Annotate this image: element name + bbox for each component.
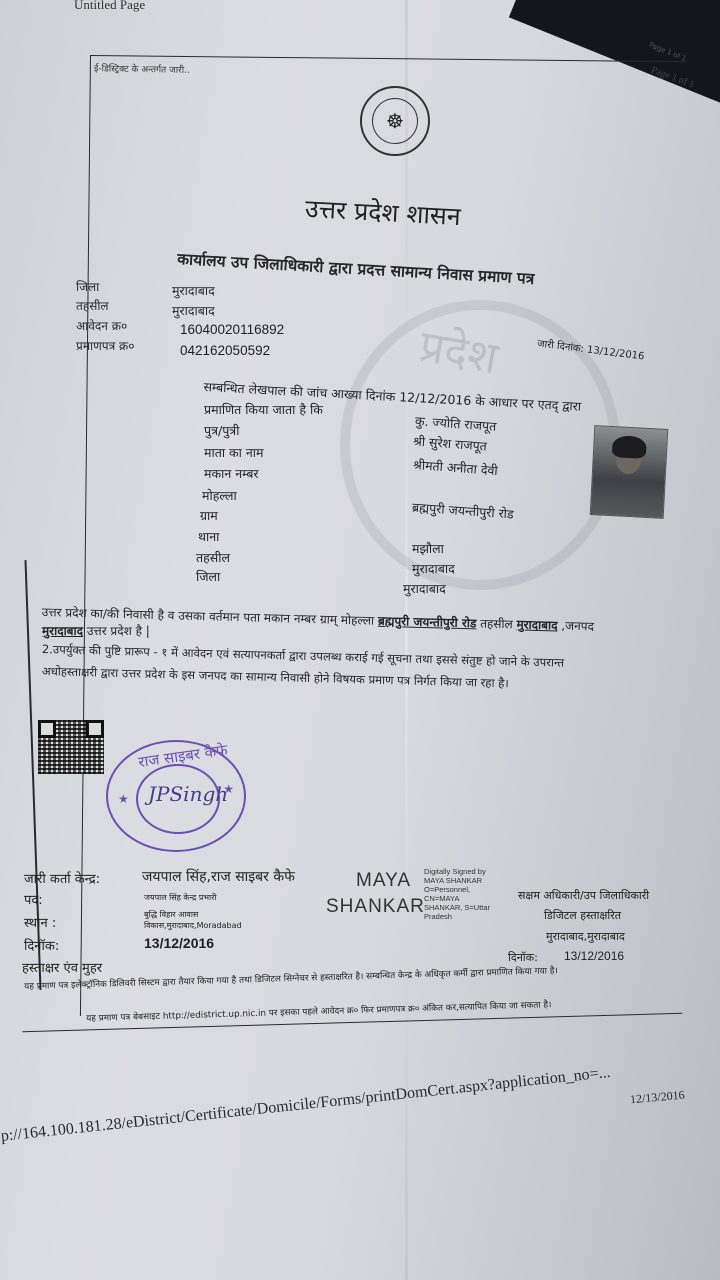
detail-value: मुरादाबाद bbox=[403, 580, 446, 597]
summary-label: आवेदन क्र० bbox=[76, 317, 127, 334]
authority-title: सक्षम अधिकारी/उप जिलाधिकारी bbox=[518, 888, 649, 903]
body-text: तहसील bbox=[476, 616, 517, 631]
sign-label: हस्ताक्षर एंव मुहर bbox=[22, 958, 102, 976]
star-icon: ★ bbox=[118, 792, 129, 806]
summary-label: प्रमाणपत्र क्र० bbox=[76, 337, 135, 354]
authority-place: मुरादाबाद,मुरादाबाद bbox=[546, 929, 625, 944]
print-date: 12/13/2016 bbox=[629, 1088, 685, 1108]
district: मुरादाबाद bbox=[42, 624, 83, 638]
detail-label: माता का नाम bbox=[204, 444, 264, 461]
issuer-label: स्थान : bbox=[24, 913, 56, 931]
detail-label: मकान नम्बर bbox=[204, 465, 258, 482]
issuer-label: दिनॉक: bbox=[24, 936, 59, 954]
body-text: ,जनपद bbox=[557, 619, 594, 634]
detail-label: मोहल्ला bbox=[202, 487, 237, 504]
digital-signature-details: Digitally Signed by MAYA SHANKAR O=Perso… bbox=[424, 867, 490, 921]
issuer-date: 13/12/2016 bbox=[144, 935, 214, 951]
authority-date-label: दिनॉक: bbox=[508, 950, 538, 965]
body-paragraph-1b: मुरादाबाद उत्तर प्रदेश है | bbox=[42, 622, 150, 639]
signature: JPSingh bbox=[148, 782, 228, 806]
star-icon: ★ bbox=[223, 782, 234, 796]
summary-label: जिला bbox=[76, 278, 99, 295]
page-title: Untitled Page bbox=[74, 0, 145, 13]
detail-label: तहसील bbox=[196, 549, 230, 566]
certificate-number: 042162050592 bbox=[180, 343, 270, 358]
detail-value: मझौला bbox=[412, 540, 444, 557]
application-number: 16040020116892 bbox=[180, 322, 284, 337]
locality: ब्रह्मपुरी जयन्तीपुरी रोड bbox=[378, 614, 477, 631]
detail-label: जिला bbox=[196, 568, 220, 585]
body-text: उत्तर प्रदेश है | bbox=[83, 624, 150, 638]
detail-label: ग्राम bbox=[200, 507, 218, 524]
issuer-centre: जयपाल सिंह,राज साइबर कैफे bbox=[142, 867, 295, 886]
applicant-photo bbox=[590, 425, 669, 519]
edistrict-note: ई-डिस्ट्रिक्ट के अन्तर्गत जारी.. bbox=[94, 61, 190, 76]
print-url: p://164.100.181.28/eDistrict/Certificate… bbox=[0, 1064, 611, 1146]
authority-date: 13/12/2016 bbox=[564, 949, 624, 963]
detail-value: मुरादाबाद bbox=[412, 560, 455, 577]
summary-value: मुरादाबाद bbox=[172, 302, 215, 319]
issuer-place: विकास,मुरादाबाद,Moradabad bbox=[144, 920, 242, 931]
verification-line-2: प्रमाणित किया जाता है कि bbox=[204, 401, 323, 418]
detail-label: थाना bbox=[198, 528, 219, 545]
authority-signed: डिजिटल हस्ताक्षरित bbox=[544, 908, 621, 923]
issuer-label: जारी कर्ता केन्द्र: bbox=[24, 869, 100, 887]
up-emblem-icon: ☸ bbox=[360, 86, 430, 156]
issuer-label: पद: bbox=[24, 890, 43, 908]
summary-value: मुरादाबाद bbox=[172, 282, 215, 299]
issuer-place: बुद्धि विहार आवास bbox=[144, 909, 198, 920]
digital-signature-name: SHANKAR bbox=[326, 896, 425, 918]
tehsil: मुरादाबाद bbox=[516, 617, 557, 632]
summary-label: तहसील bbox=[76, 297, 109, 314]
detail-label: पुत्र/पुत्री bbox=[204, 422, 239, 439]
qr-code bbox=[38, 720, 104, 774]
issuer-post: जयपाल सिंह केन्द्र प्रभारी bbox=[144, 892, 216, 903]
issuer-stamp: राज साइबर कैफे JPSingh ★ ★ bbox=[106, 740, 246, 852]
digital-signature-name: MAYA bbox=[356, 870, 411, 892]
